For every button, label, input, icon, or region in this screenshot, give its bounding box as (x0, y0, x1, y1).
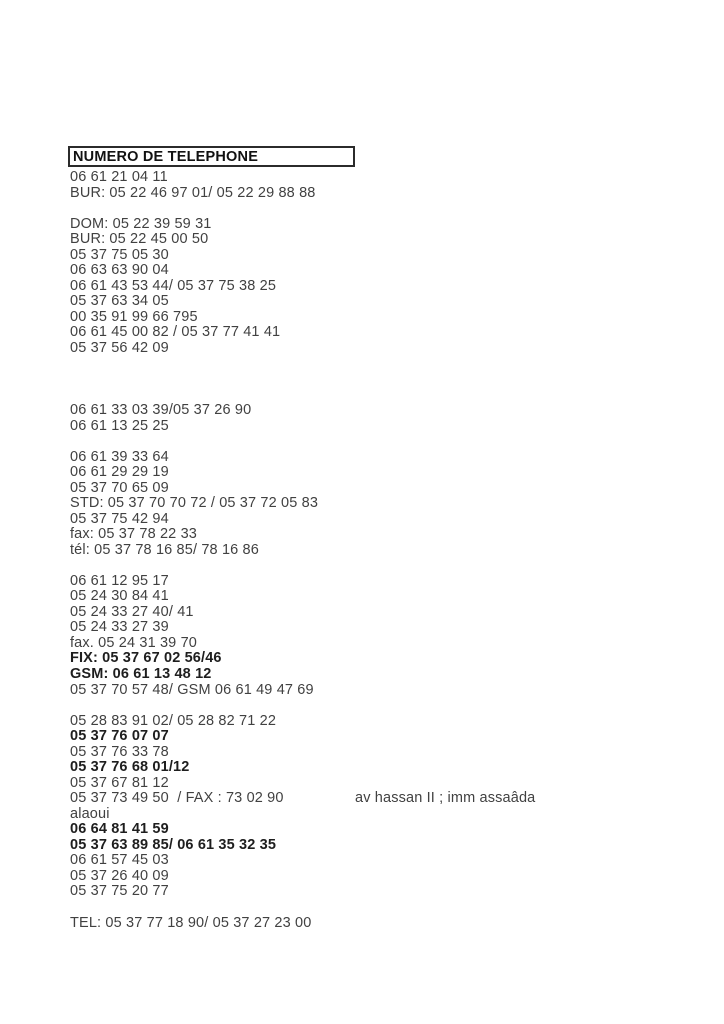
phone-line-text: 06 61 43 53 44/ 05 37 75 38 25 (70, 278, 276, 294)
phone-line: 05 37 67 81 12 (70, 776, 690, 792)
phone-line: 00 35 91 99 66 795 (70, 310, 690, 326)
phone-line-text: 05 37 70 65 09 (70, 480, 169, 496)
phone-line (70, 900, 690, 916)
phone-line: 05 37 73 49 50 / FAX : 73 02 90av hassan… (70, 791, 690, 807)
phone-line: 05 28 83 91 02/ 05 28 82 71 22 (70, 714, 690, 730)
phone-line-text: 05 24 30 84 41 (70, 588, 169, 604)
phone-line (70, 201, 690, 217)
phone-line-text: DOM: 05 22 39 59 31 (70, 216, 212, 232)
phone-line-text: tél: 05 37 78 16 85/ 78 16 86 (70, 542, 259, 558)
phone-line-text: 06 61 39 33 64 (70, 449, 169, 465)
phone-line: 06 61 29 29 19 (70, 465, 690, 481)
phone-line-text: 05 37 76 68 01/12 (70, 759, 189, 775)
phone-line-text: BUR: 05 22 45 00 50 (70, 231, 208, 247)
phone-line-text: 05 28 83 91 02/ 05 28 82 71 22 (70, 713, 276, 729)
phone-line: 05 37 70 65 09 (70, 481, 690, 497)
phone-line-text: 06 61 33 03 39/05 37 26 90 (70, 402, 251, 418)
phone-line: 05 37 76 68 01/12 (70, 760, 690, 776)
phone-line-text: 06 61 29 29 19 (70, 464, 169, 480)
section-title: NUMERO DE TELEPHONE (70, 149, 258, 165)
phone-line: 05 24 30 84 41 (70, 589, 690, 605)
phone-line: fax: 05 37 78 22 33 (70, 527, 690, 543)
phone-line-text: alaoui (70, 806, 110, 822)
phone-line: 06 61 33 03 39/05 37 26 90 (70, 403, 690, 419)
phone-line-text: 06 61 45 00 82 / 05 37 77 41 41 (70, 324, 280, 340)
phone-line: 05 37 26 40 09 (70, 869, 690, 885)
phone-line-text: 05 37 26 40 09 (70, 868, 169, 884)
phone-line-text: GSM: 06 61 13 48 12 (70, 666, 212, 682)
address-note: av hassan II ; imm assaâda (355, 791, 535, 807)
phone-line (70, 558, 690, 574)
phone-line: 06 61 13 25 25 (70, 419, 690, 435)
phone-line: 05 37 76 07 07 (70, 729, 690, 745)
phone-line (70, 698, 690, 714)
phone-line: 05 37 63 34 05 (70, 294, 690, 310)
section-title-box: NUMERO DE TELEPHONE (68, 146, 355, 167)
phone-line: 05 24 33 27 39 (70, 620, 690, 636)
phone-line-text: 05 37 73 49 50 / FAX : 73 02 90 (70, 790, 284, 806)
phone-line-text: 05 37 76 33 78 (70, 744, 169, 760)
phone-line-text: fax: 05 37 78 22 33 (70, 526, 197, 542)
phone-line: 06 63 63 90 04 (70, 263, 690, 279)
phone-line-text: 06 61 57 45 03 (70, 852, 169, 868)
phone-line-text: 06 61 21 04 11 (70, 169, 168, 185)
phone-line: 05 37 75 42 94 (70, 512, 690, 528)
phone-line-text: 05 24 33 27 40/ 41 (70, 604, 194, 620)
phone-line (70, 434, 690, 450)
phone-line: STD: 05 37 70 70 72 / 05 37 72 05 83 (70, 496, 690, 512)
phone-line-text: 06 64 81 41 59 (70, 821, 169, 837)
phone-line: 06 64 81 41 59 (70, 822, 690, 838)
phone-line: GSM: 06 61 13 48 12 (70, 667, 690, 683)
phone-line-text: 00 35 91 99 66 795 (70, 309, 198, 325)
phone-line: 05 24 33 27 40/ 41 (70, 605, 690, 621)
phone-line-text: 05 24 33 27 39 (70, 619, 169, 635)
phone-line: 05 37 56 42 09 (70, 341, 690, 357)
phone-line-text: 05 37 75 42 94 (70, 511, 169, 527)
phone-line: 06 61 21 04 11 (70, 170, 690, 186)
phone-line: tél: 05 37 78 16 85/ 78 16 86 (70, 543, 690, 559)
phone-line-text: 05 37 67 81 12 (70, 775, 169, 791)
phone-line-text: BUR: 05 22 46 97 01/ 05 22 29 88 88 (70, 185, 316, 201)
phone-lines: 06 61 21 04 11BUR: 05 22 46 97 01/ 05 22… (70, 170, 690, 931)
phone-line: 06 61 43 53 44/ 05 37 75 38 25 (70, 279, 690, 295)
phone-line-text: 05 37 63 34 05 (70, 293, 169, 309)
phone-line-text: FIX: 05 37 67 02 56/46 (70, 650, 222, 666)
phone-line-text: fax. 05 24 31 39 70 (70, 635, 197, 651)
phone-line-text: 05 37 63 89 85/ 06 61 35 32 35 (70, 837, 276, 853)
phone-line-text: 06 61 12 95 17 (70, 573, 169, 589)
phone-line: 05 37 75 05 30 (70, 248, 690, 264)
phone-line (70, 356, 690, 372)
phone-line: 06 61 39 33 64 (70, 450, 690, 466)
phone-line: 05 37 63 89 85/ 06 61 35 32 35 (70, 838, 690, 854)
phone-line: 06 61 45 00 82 / 05 37 77 41 41 (70, 325, 690, 341)
phone-line: BUR: 05 22 45 00 50 (70, 232, 690, 248)
phone-line: 06 61 12 95 17 (70, 574, 690, 590)
phone-line-text: STD: 05 37 70 70 72 / 05 37 72 05 83 (70, 495, 318, 511)
phone-line: alaoui (70, 807, 690, 823)
phone-line-text: 06 61 13 25 25 (70, 418, 169, 434)
phone-line: fax. 05 24 31 39 70 (70, 636, 690, 652)
phone-line: 05 37 70 57 48/ GSM 06 61 49 47 69 (70, 683, 690, 699)
phone-line-text: 05 37 76 07 07 (70, 728, 169, 744)
document-page: NUMERO DE TELEPHONE 06 61 21 04 11BUR: 0… (0, 0, 724, 1024)
phone-line-text: 05 37 56 42 09 (70, 340, 169, 356)
phone-line (70, 387, 690, 403)
phone-line-text: 05 37 75 20 77 (70, 883, 169, 899)
phone-line (70, 372, 690, 388)
phone-line: 05 37 75 20 77 (70, 884, 690, 900)
phone-line: 06 61 57 45 03 (70, 853, 690, 869)
phone-line-text: TEL: 05 37 77 18 90/ 05 37 27 23 00 (70, 915, 311, 931)
phone-line: FIX: 05 37 67 02 56/46 (70, 651, 690, 667)
phone-line: 05 37 76 33 78 (70, 745, 690, 761)
phone-line: TEL: 05 37 77 18 90/ 05 37 27 23 00 (70, 916, 690, 932)
phone-line-text: 05 37 75 05 30 (70, 247, 169, 263)
phone-line-text: 05 37 70 57 48/ GSM 06 61 49 47 69 (70, 682, 314, 698)
phone-line-text: 06 63 63 90 04 (70, 262, 169, 278)
phone-line: DOM: 05 22 39 59 31 (70, 217, 690, 233)
phone-line: BUR: 05 22 46 97 01/ 05 22 29 88 88 (70, 186, 690, 202)
